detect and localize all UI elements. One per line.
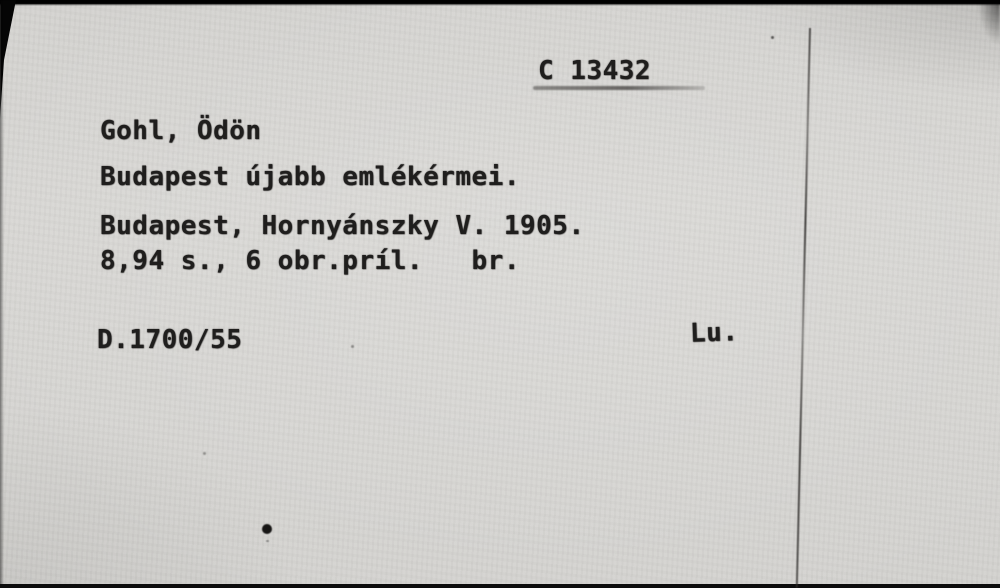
collation-line: 8,94 s., 6 obr.príl. br. — [100, 248, 520, 274]
accession-number: D.1700/55 — [97, 327, 242, 353]
ink-speck — [351, 345, 354, 348]
title-line: Budapest újabb emlékérmei. — [100, 164, 520, 190]
author-line: Gohl, Ödön — [100, 118, 262, 144]
scan-edge-top — [0, 0, 1000, 6]
ink-speck — [266, 540, 269, 542]
scan-edge-top-right — [974, 0, 1000, 70]
catalog-card: C 13432 Gohl, Ödön Budapest újabb emléké… — [0, 0, 1000, 584]
ink-speck — [203, 452, 206, 455]
imprint-line: Budapest, Hornyánszky V. 1905. — [100, 213, 585, 239]
ink-dot — [262, 524, 272, 534]
ink-speck — [771, 36, 774, 39]
vertical-rule-line — [796, 28, 811, 584]
call-number: C 13432 — [538, 58, 651, 84]
call-number-underline — [533, 86, 705, 90]
cataloger-initials: Lu. — [690, 319, 739, 347]
paper-grain — [0, 0, 1000, 584]
scan-edge-left — [0, 0, 4, 584]
